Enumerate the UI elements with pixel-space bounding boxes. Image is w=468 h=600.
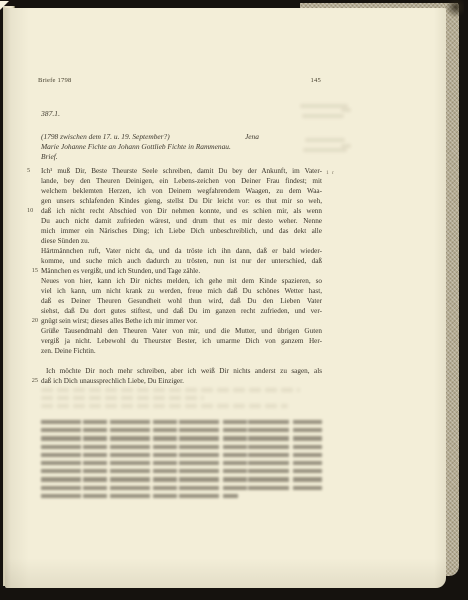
apparatus-blurred-line xyxy=(41,486,322,490)
showthrough-blob xyxy=(305,138,345,142)
letter-kind: Brief. xyxy=(41,152,58,162)
body-line: diese Sünden zu. xyxy=(41,236,322,246)
apparatus-blurred-line xyxy=(41,461,322,465)
line-number: 5 xyxy=(27,167,38,175)
apparatus-blurred-line xyxy=(41,453,322,457)
body-line: welchem beklemten Herzen, ich von Deinem… xyxy=(41,186,322,196)
body-line: zen. Deine Fichtin. xyxy=(41,346,322,356)
letter-date: (1798 zwischen dem 17. u. 19. September?… xyxy=(41,132,170,141)
apparatus-blurred-line xyxy=(41,420,322,424)
body-line: siehst, daß Du dort gutes stiftest, und … xyxy=(41,306,322,316)
book-photograph: Briefe 1798 145 387.1. (1798 zwischen de… xyxy=(0,0,468,600)
body-line: Du auch nicht damit zufrieden wärest, un… xyxy=(41,216,322,226)
running-header-section: Briefe 1798 xyxy=(38,77,72,85)
apparatus-blurred-line xyxy=(41,494,238,498)
showthrough-blob xyxy=(300,104,348,108)
body-line: daß ich Dich unaussprechlich Liebe, Du E… xyxy=(41,376,322,386)
running-header: Briefe 1798 145 xyxy=(38,77,321,85)
apparatus-blurred-line xyxy=(41,436,322,440)
folio-margin-note: 1 r xyxy=(326,170,335,176)
body-line: gen unsers schlafenden Kindes gieng, ste… xyxy=(41,196,322,206)
body-line: mich immer ein Närisches Ding; ich Liebe… xyxy=(41,226,322,236)
letter-place: Jena xyxy=(245,132,259,142)
body-line: lande, bey den Theuren Deinigen, ein Leb… xyxy=(41,176,322,186)
body-line: daß es Deiner Theuren Gesundheit wohl th… xyxy=(41,296,322,306)
body-line: Härtmännchen ruft, Vater nicht da, und d… xyxy=(41,246,322,256)
body-line: vergiß ja nicht. Lebewohl du Theurster B… xyxy=(41,336,322,346)
apparatus-blurred-line xyxy=(41,428,322,432)
body-line: gnügt sein wirst; dieses alles Bethe ich… xyxy=(41,316,322,326)
body-line: Ich möchte Dir noch mehr schreiben, aber… xyxy=(41,366,322,376)
body-line: viel ich kann, um nicht krank zu werden,… xyxy=(41,286,322,296)
apparatus-blurred-line xyxy=(41,469,322,473)
body-line: Ich¹ muß Dir, Beste Theurste Seele schre… xyxy=(41,166,322,176)
line-number: 20 xyxy=(27,317,38,325)
book-cover-fore-edge xyxy=(444,3,459,576)
body-line: daß ich nicht recht Abschied von Dir neh… xyxy=(41,206,322,216)
body-line: Neues von hier, kann ich Dir nichts meld… xyxy=(41,276,322,286)
showthrough-lines xyxy=(41,388,322,413)
line-number: 15 xyxy=(27,267,38,275)
line-number: 10 xyxy=(27,207,38,215)
letter-address: Marie Johanne Fichte an Johann Gottlieb … xyxy=(41,142,231,152)
blurred-apparatus xyxy=(41,420,322,502)
showthrough-line xyxy=(41,404,288,408)
body-line: Grüße Tausendmahl den Theuren Vater von … xyxy=(41,326,322,336)
book-page: Briefe 1798 145 387.1. (1798 zwischen de… xyxy=(5,8,446,588)
cover-corner-shadow xyxy=(444,0,464,18)
showthrough-blob xyxy=(303,148,347,152)
showthrough-blob xyxy=(341,108,351,112)
apparatus-blurred-line xyxy=(41,477,322,481)
showthrough-line xyxy=(41,388,300,392)
letter-number: 387.1. xyxy=(41,109,60,118)
letter-body: Ich¹ muß Dir, Beste Theurste Seele schre… xyxy=(41,166,322,386)
showthrough-line xyxy=(41,396,204,400)
showthrough-blob xyxy=(341,144,351,148)
apparatus-blurred-line xyxy=(41,445,322,449)
body-line: komme, und suche mich auch dadurch zu tr… xyxy=(41,256,322,266)
showthrough-blob xyxy=(302,114,344,118)
letter-dateline: (1798 zwischen dem 17. u. 19. September?… xyxy=(41,132,322,142)
line-number: 25 xyxy=(27,377,38,385)
page-number: 145 xyxy=(311,77,322,85)
body-line: Männchen es vergißt, und ich Stunden, un… xyxy=(41,266,322,276)
